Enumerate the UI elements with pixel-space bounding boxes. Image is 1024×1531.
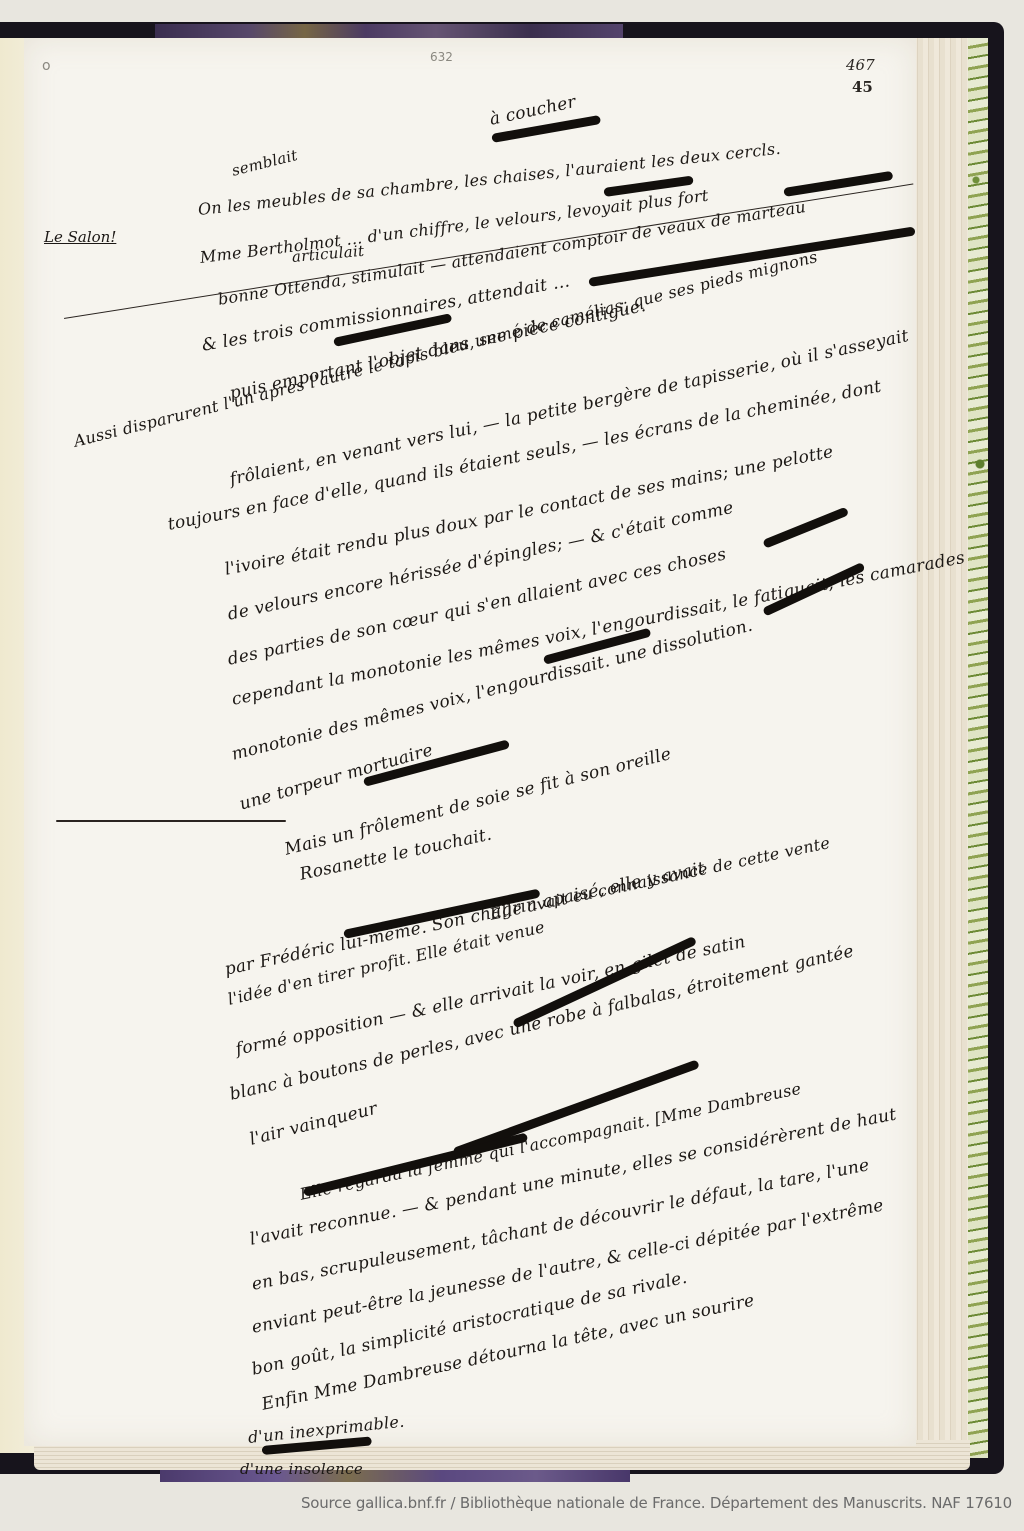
pencil-folio-number: 632 (430, 50, 453, 64)
strikethrough (783, 171, 893, 197)
handwritten-line: d'une insolence (240, 1460, 363, 1478)
handwritten-line: semblait (230, 146, 300, 180)
ink-folio-number: 467 (846, 56, 875, 74)
handwritten-line: l'air vainqueur (248, 1099, 380, 1150)
source-caption: Source gallica.bnf.fr / Bibliothèque nat… (301, 1494, 1012, 1512)
strikethrough (762, 507, 849, 549)
section-rule (56, 820, 286, 822)
marginal-note: Le Salon! (44, 228, 116, 246)
manuscript-page: o 632 467 45 Le Salon! à couchersemblait… (24, 38, 916, 1446)
corner-mark: o (42, 58, 51, 74)
green-marbled-endpaper (968, 38, 988, 1458)
page-stack-right (912, 38, 972, 1458)
printed-folio-number: 45 (852, 78, 873, 96)
